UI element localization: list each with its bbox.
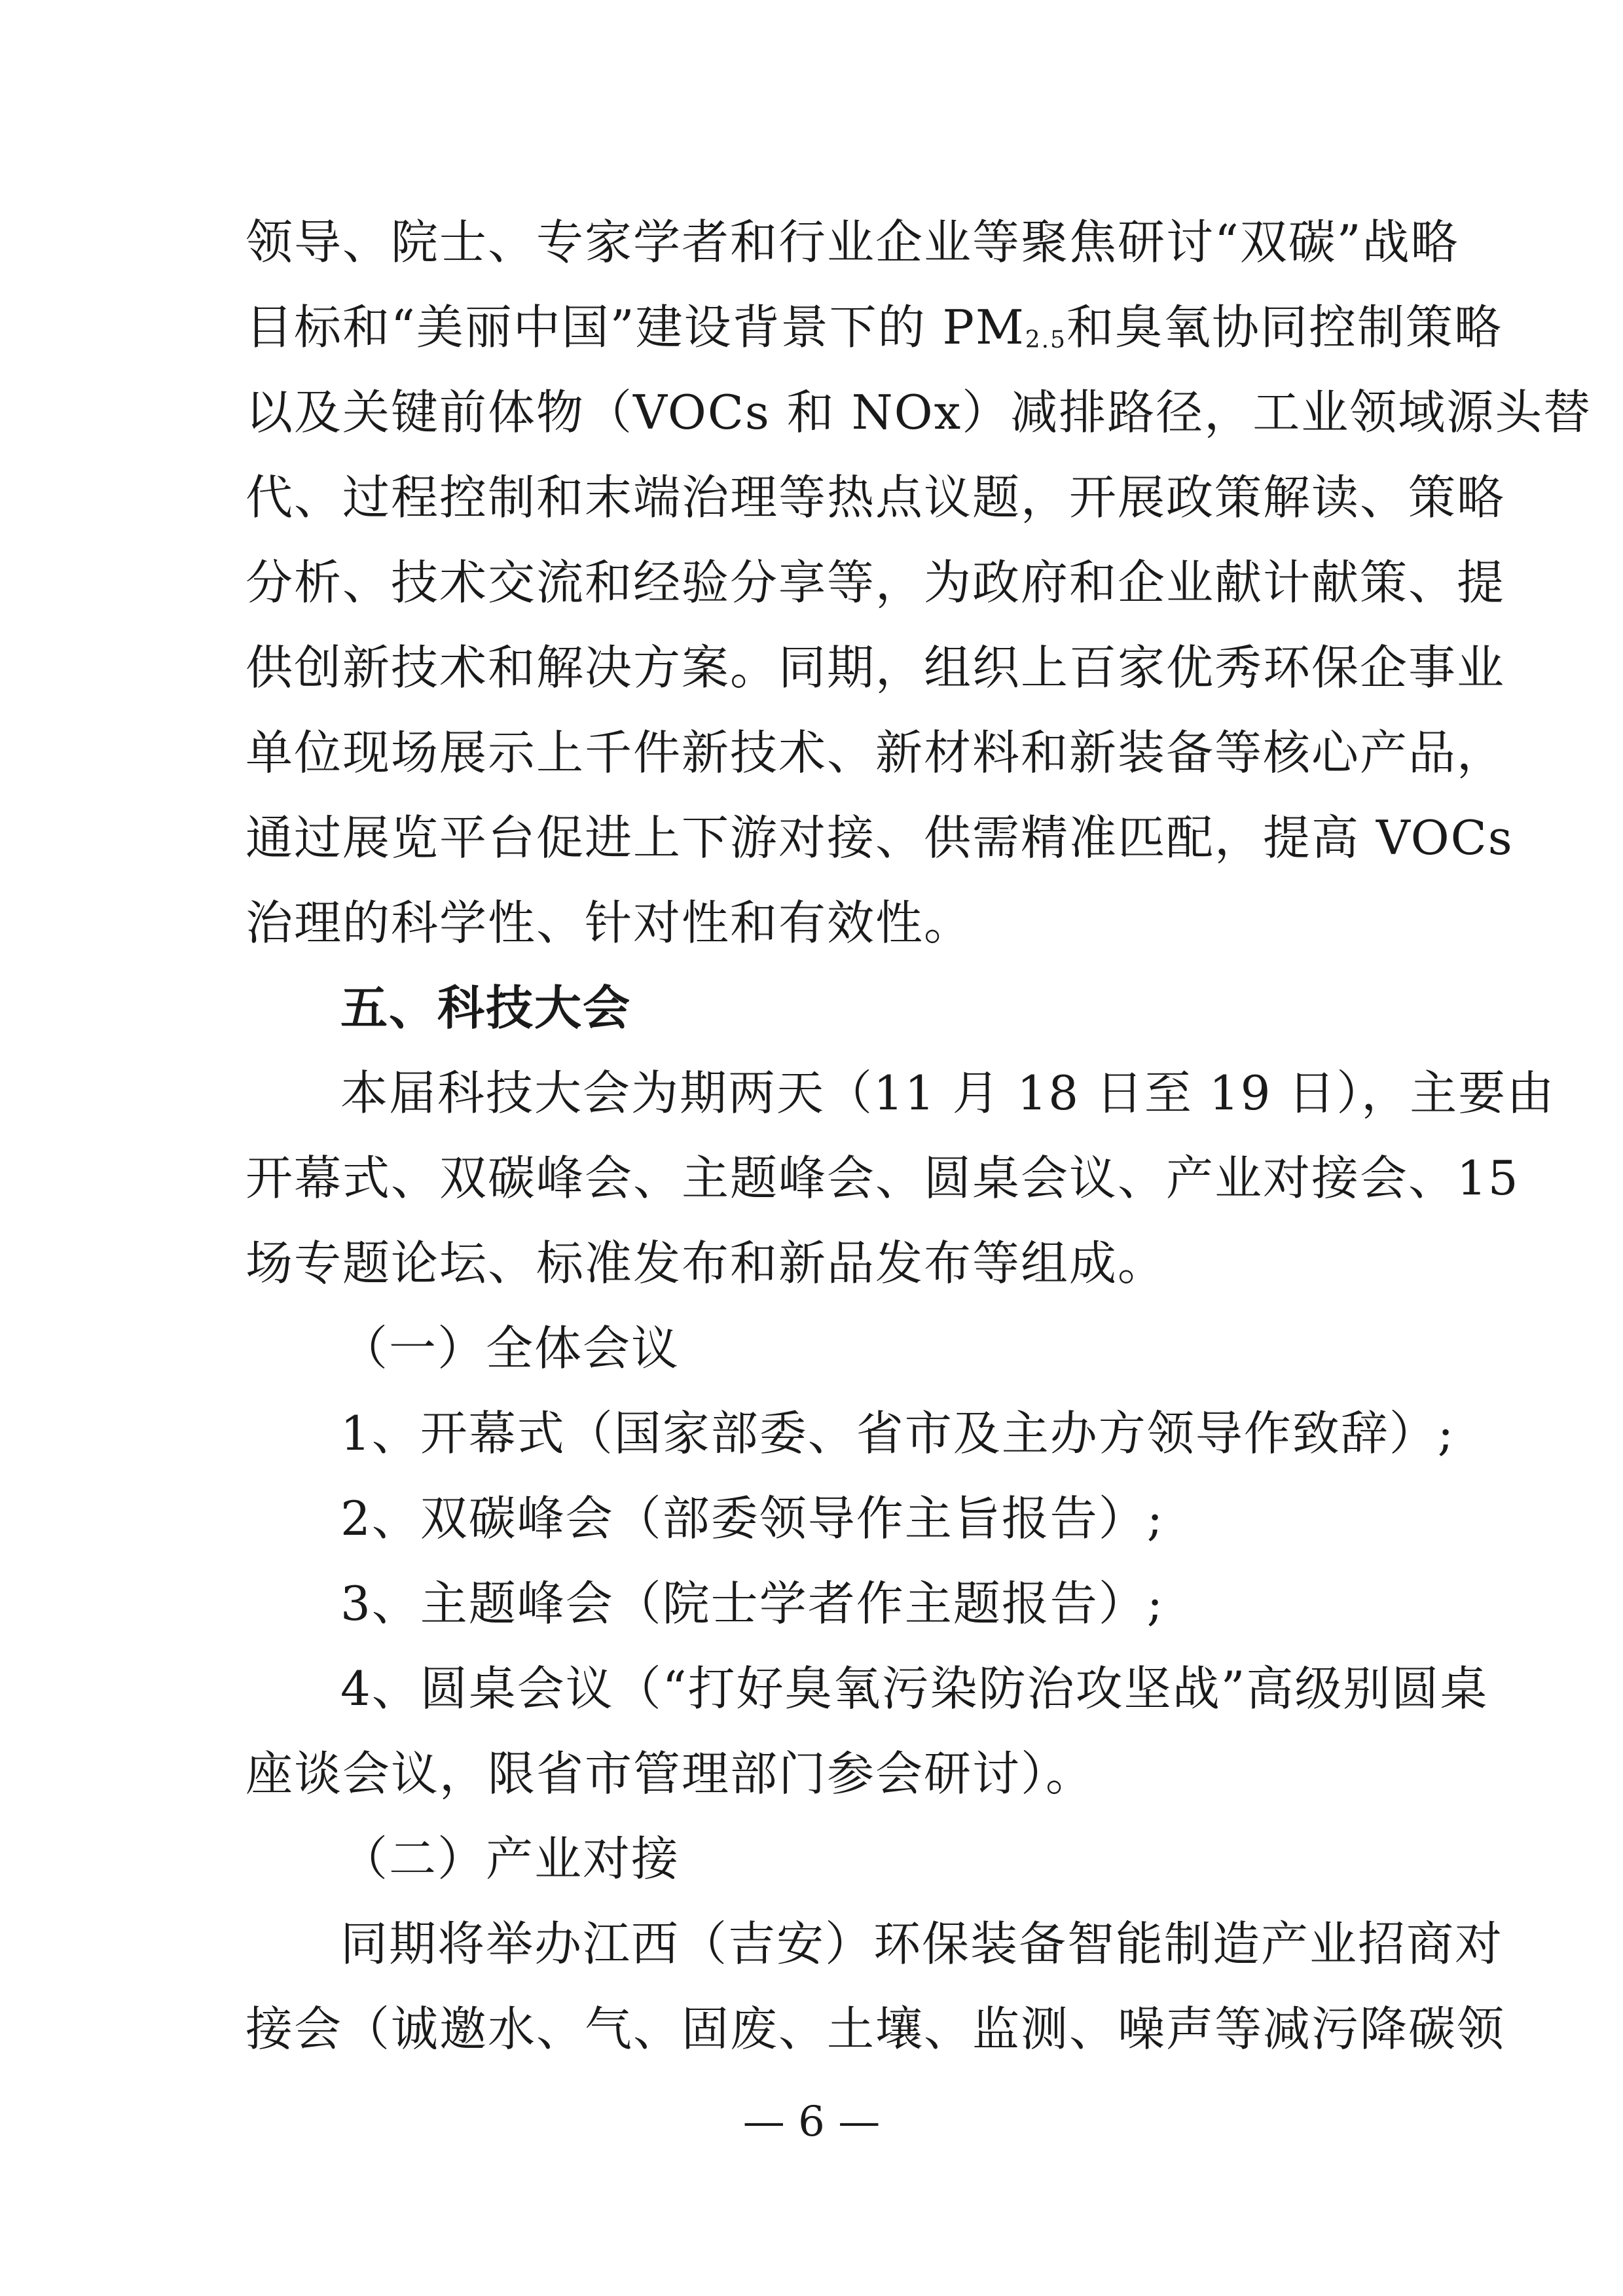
- list-item: 3、主题峰会（院士学者作主题报告）;: [340, 1577, 1385, 1630]
- body-text-line: 供创新技术和解决方案。同期，组织上百家优秀环保企事业: [246, 641, 1385, 694]
- section-heading: 五、科技大会: [340, 982, 1385, 1034]
- body-text-line: 接会（诚邀水、气、固废、土壤、监测、噪声等减污降碳领: [246, 2003, 1385, 2055]
- body-text-line: 开幕式、双碳峰会、主题峰会、圆桌会议、产业对接会、15: [246, 1152, 1385, 1204]
- text-fragment: 目标和“美丽中国”建设背景下的 PM: [246, 300, 1025, 355]
- subscript: 2.5: [1025, 327, 1067, 353]
- body-text-line: 座谈会议，限省市管理部门参会研讨）。: [246, 1748, 1385, 1800]
- page-number: — 6 —: [0, 2098, 1623, 2146]
- body-text-line: 场专题论坛、标准发布和新品发布等组成。: [246, 1237, 1385, 1289]
- body-text-line: 同期将举办江西（吉安）环保装备智能制造产业招商对: [340, 1918, 1385, 1970]
- document-page: 领导、院士、专家学者和行业企业等聚焦研讨“双碳”战略 目标和“美丽中国”建设背景…: [0, 0, 1623, 2296]
- body-text-line: 代、过程控制和末端治理等热点议题，开展政策解读、策略: [246, 471, 1385, 524]
- list-item: 2、双碳峰会（部委领导作主旨报告）;: [340, 1492, 1385, 1545]
- body-text-line: 单位现场展示上千件新技术、新材料和新装备等核心产品，: [246, 726, 1385, 779]
- text-fragment: 和臭氧协同控制策略: [1067, 300, 1503, 355]
- body-text-line: 分析、技术交流和经验分享等，为政府和企业献计献策、提: [246, 556, 1385, 609]
- body-text-line: 通过展览平台促进上下游对接、供需精准匹配，提高 VOCs: [246, 812, 1385, 864]
- subsection-heading: （二）产业对接: [340, 1833, 1385, 1885]
- body-text-line: 本届科技大会为期两天（11 月 18 日至 19 日），主要由: [340, 1067, 1385, 1119]
- body-text-line: 领导、院士、专家学者和行业企业等聚焦研讨“双碳”战略: [246, 216, 1385, 268]
- body-text-line: 目标和“美丽中国”建设背景下的 PM2.5和臭氧协同控制策略: [246, 301, 1385, 367]
- list-item: 4、圆桌会议（“打好臭氧污染防治攻坚战”高级别圆桌: [340, 1662, 1385, 1715]
- list-item: 1、开幕式（国家部委、省市及主办方领导作致辞）;: [340, 1407, 1385, 1460]
- body-text-line: 治理的科学性、针对性和有效性。: [246, 897, 1385, 949]
- body-text-line: 以及关键前体物（VOCs 和 NOx）减排路径，工业领域源头替: [246, 386, 1385, 439]
- subsection-heading: （一）全体会议: [340, 1322, 1385, 1374]
